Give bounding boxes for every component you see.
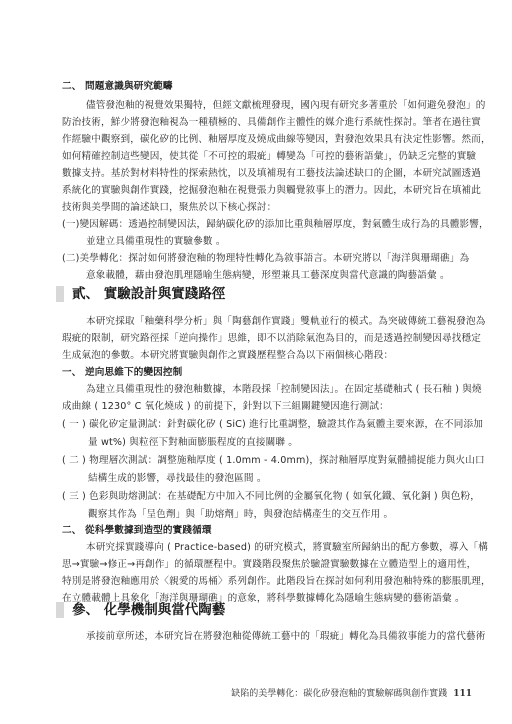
paragraph-line: 系統化的實驗與創作實踐，挖掘發泡釉在視覺張力與觸覺敘事上的潛力。因此，本研究旨在… <box>62 185 481 197</box>
subsection-heading: 一、 逆向思維下的變因控制 <box>62 367 182 379</box>
paragraph-line: 為建立具備重現性的發泡釉數據，本階段採「控制變因法」。在固定基礎釉式 ( 長石釉… <box>86 384 482 396</box>
list-item-continuation: 觀察其作為「呈色劑」與「助熔劑」時，與發泡結構產生的交互作用 。 <box>88 509 393 521</box>
paragraph-line: 防治技術，鮮少將發泡釉視為一種積極的、具備創作主體性的媒介進行系統性探討。筆者在… <box>62 117 481 129</box>
subsection-heading: 二、 從科學數據到造型的實踐循環 <box>62 525 212 537</box>
heading-bar-decoration <box>56 602 64 618</box>
heading-bar-decoration <box>56 286 64 302</box>
paragraph-line: 技術與美學間的論述缺口，聚焦於以下核心探討： <box>62 202 276 214</box>
paragraph-line: 特別是將發泡釉應用於〈親愛的馬桶〉系列創作。此階段旨在探討如何利用發泡釉特殊的膨… <box>62 576 491 588</box>
page-footer: 缺陷的美學轉化：碳化矽發泡釉的實驗解碼與創作實踐111 <box>231 686 472 699</box>
paragraph-line: 本研究採實踐導向 ( Practice-based) 的研究模式，將實驗室所歸納… <box>86 542 488 554</box>
list-item: (一)變因解碼：透過控制變因法，歸納碳化矽的添加比重與釉層厚度，對氣體生成行為的… <box>62 219 489 231</box>
paragraph-line: 承接前章所述，本研究旨在將發泡釉從傳統工藝中的「瑕疵」轉化為具備敘事能力的當代藝… <box>86 631 486 643</box>
list-item-continuation: 並建立具備重現性的實驗參數 。 <box>86 236 226 248</box>
list-item-continuation: 量 wt%) 與粒徑下對釉面膨脹程度的直接關聯 。 <box>88 437 298 449</box>
chapter-heading-text: 參、 化學機制與當代陶藝 <box>72 600 225 620</box>
list-item-continuation: 意象載體，藉由發泡肌理隱喻生態病變，形塑兼具工藝深度與當代意識的陶藝語彙 。 <box>86 270 450 282</box>
chapter-heading-text: 貳、 實驗設計與實踐路徑 <box>72 284 225 304</box>
paragraph-line: 思→實驗→修正→再創作」的循環歷程中。實踐階段聚焦於驗證實驗數據在立體造型上的適… <box>62 559 476 571</box>
paragraph-line: 本研究採取「釉藥科學分析」與「陶藝創作實踐」雙軌並行的模式。為突破傳統工藝視發泡… <box>86 316 486 328</box>
paragraph-line: 如何精確控制這些變因，使其從「不可控的瑕疵」轉變為「可控的藝術語彙」，仍缺乏完整… <box>62 151 476 163</box>
paragraph-line: 數據支持。基於對材料特性的探索熱忱，以及填補現有工藝技法論述缺口的企圖，本研究試… <box>62 168 481 180</box>
list-item: ( 二 ) 物理層次測試：調整施釉厚度 ( 1.0mm - 4.0mm)，探討釉… <box>62 455 485 467</box>
list-item: (二)美學轉化：探討如何將發泡釉的物理特性轉化為敘事語言。本研究將以「海洋與珊瑚… <box>62 253 469 265</box>
list-item-continuation: 結構生成的影響，尋找最佳的發泡區間 。 <box>88 473 267 485</box>
paragraph-line: 瑕疵的限制，研究路徑採「逆向操作」思維，即不以消除氣泡為目的，而是透過控制變因尋… <box>62 333 481 345</box>
paragraph-line: 作經驗中觀察到，碳化矽的比例、釉層厚度及燒成曲線等變因，對發泡效果具有決定性影響… <box>62 134 491 146</box>
list-item: ( 三 ) 色彩與助熔測試：在基礎配方中加入不同比例的金屬氧化物 ( 如氧化鐵、… <box>62 491 480 503</box>
running-title: 缺陷的美學轉化：碳化矽發泡釉的實驗解碼與創作實踐 <box>231 689 447 699</box>
list-item: ( 一 ) 碳化矽定量測試：針對碳化矽 ( SiC) 進行比重調整，驗證其作為氣… <box>62 419 483 431</box>
paragraph-line: 成曲線 ( 1230° C 氧化燒成 ) 的前提下，針對以下三組關鍵變因進行測試… <box>62 401 389 413</box>
paragraph-line: 生成氣泡的參數。本研究將實驗與創作之實踐歷程整合為以下兩個核心階段： <box>62 350 393 362</box>
document-page: 二、 問題意識與研究範疇 儘管發泡釉的視覺效果獨特，但經文獻梳理發現，國內現有研… <box>0 0 512 724</box>
paragraph-line: 儘管發泡釉的視覺效果獨特，但經文獻梳理發現，國內現有研究多著重於「如何避免發泡」… <box>86 100 486 112</box>
section-heading: 二、 問題意識與研究範疇 <box>62 81 173 93</box>
page-number: 111 <box>453 689 472 699</box>
